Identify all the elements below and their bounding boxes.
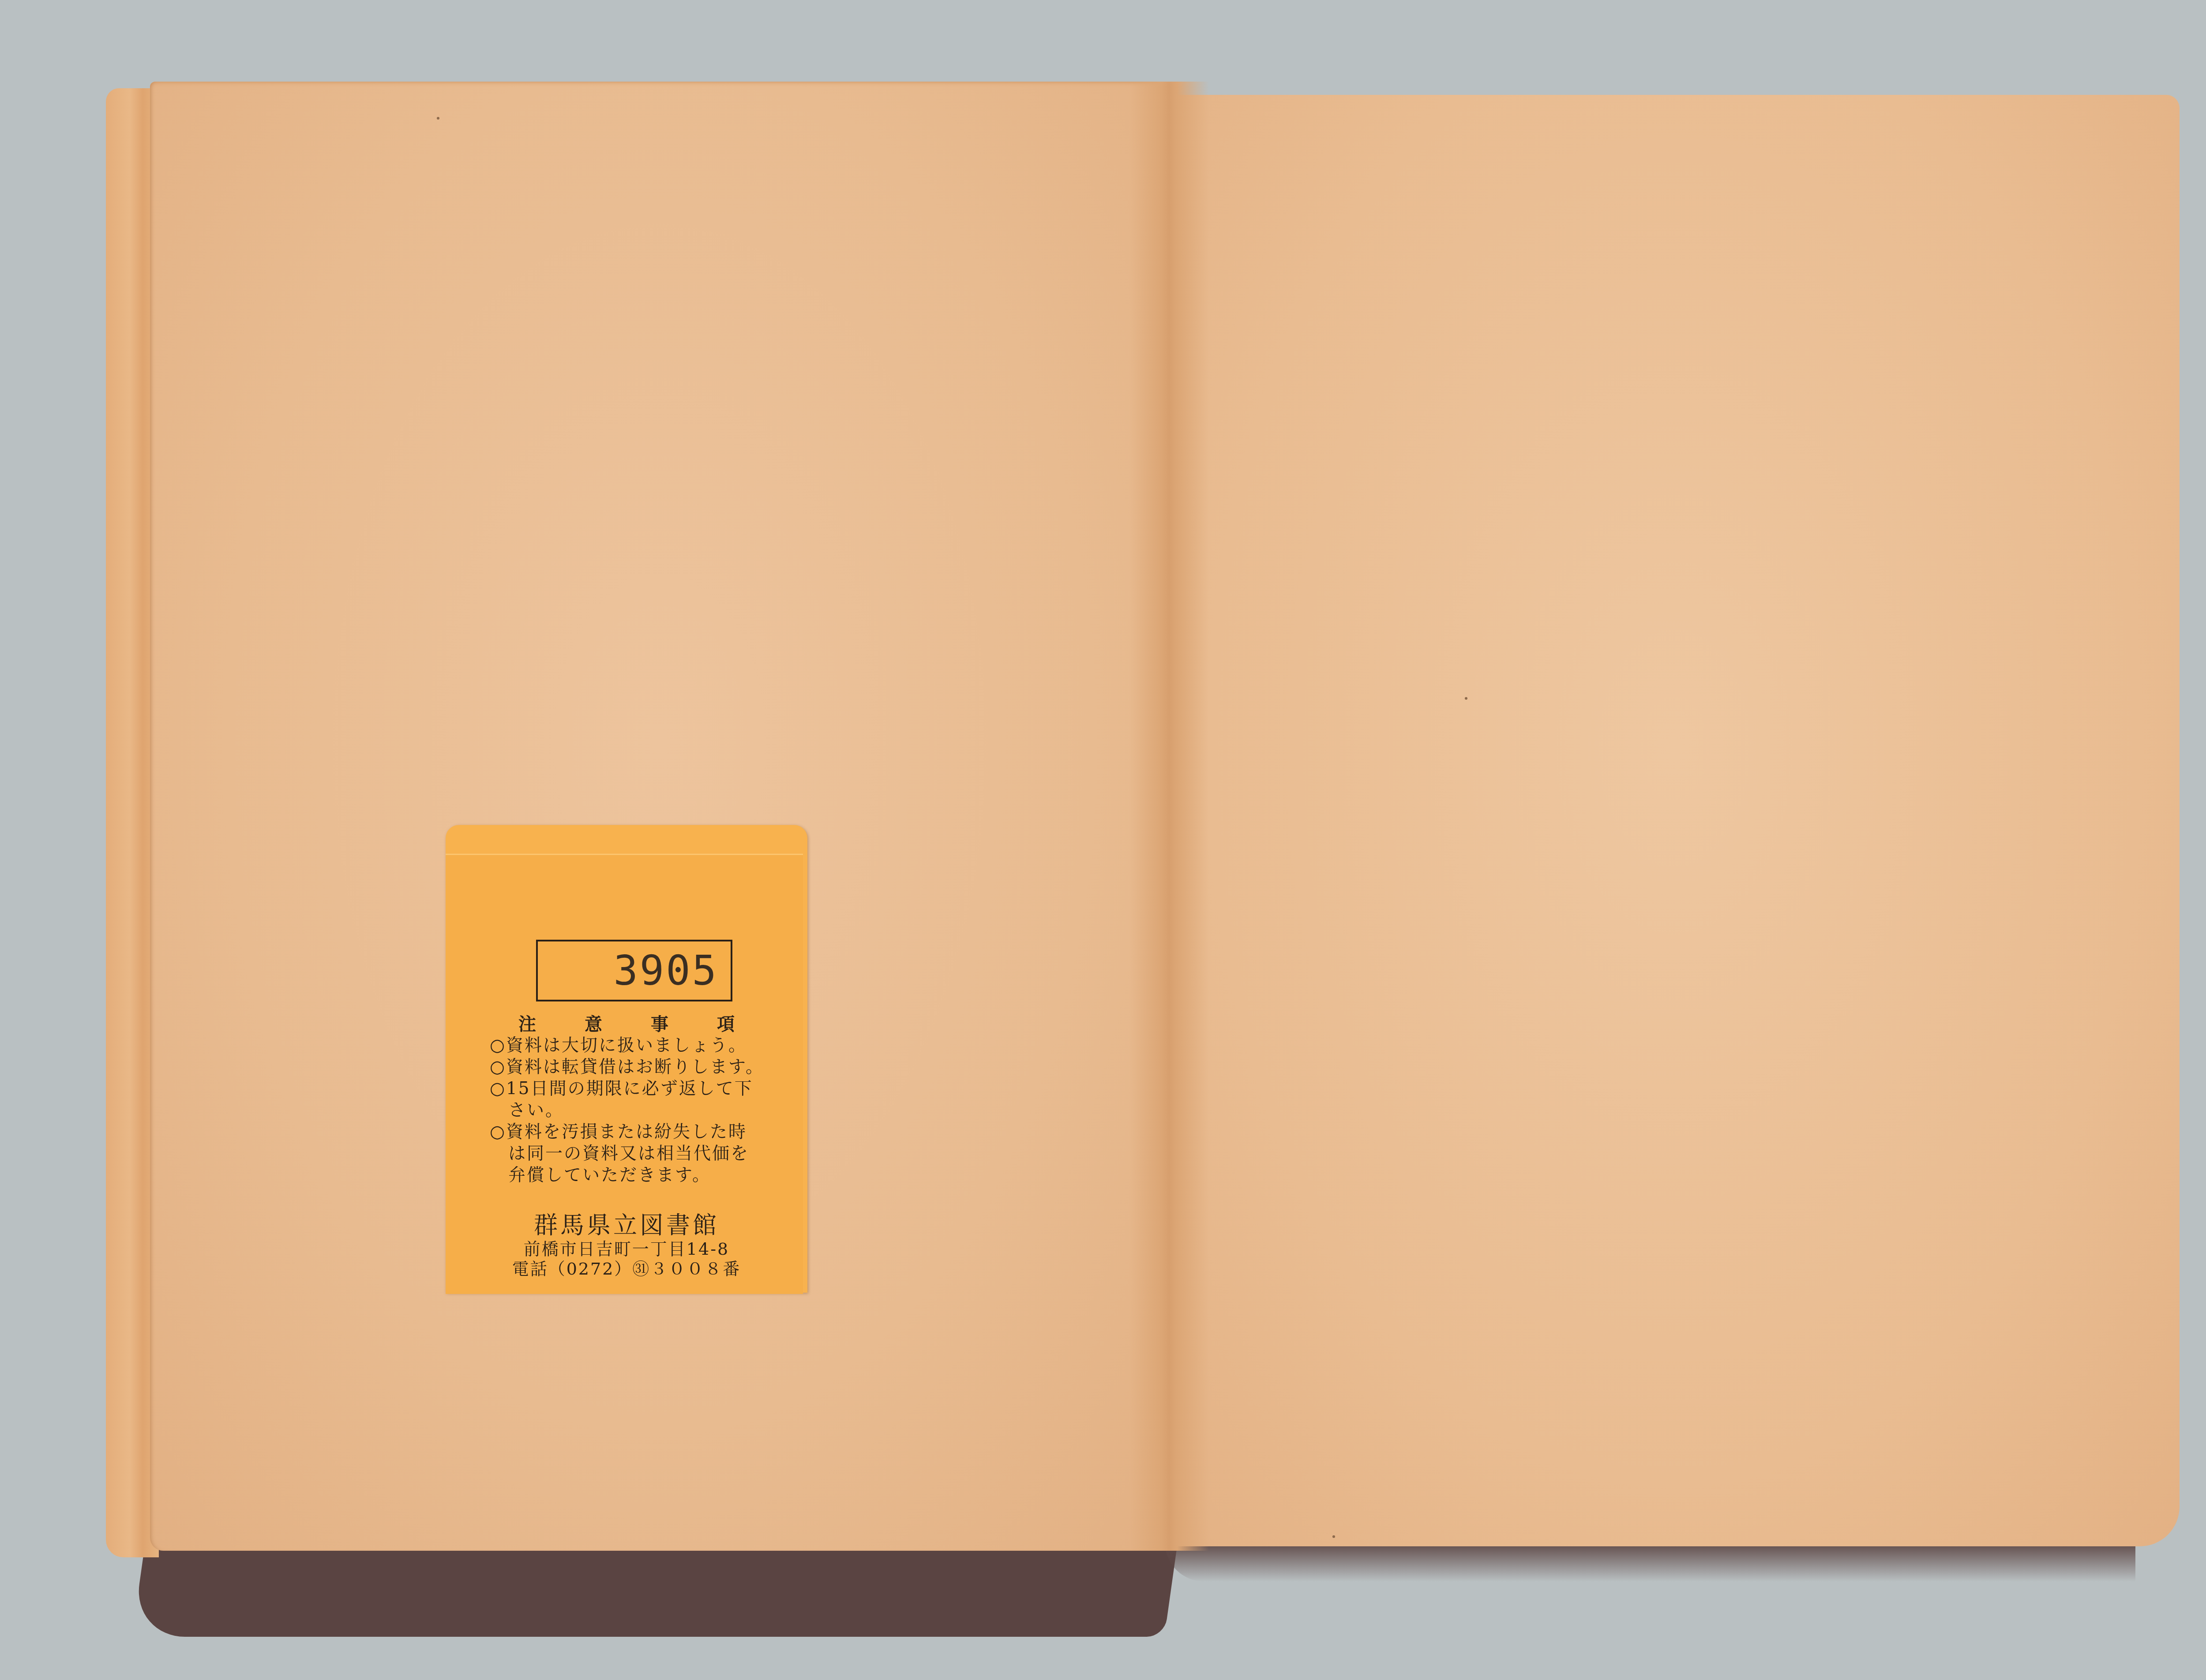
notice-list: ○資料は大切に扱いましょう。 ○資料は転貸借はお断りします。 ○15日間の期限に…	[490, 1035, 807, 1186]
call-number-box: 3905	[536, 940, 732, 1001]
call-number: 3905	[613, 947, 718, 994]
left-page	[150, 82, 1169, 1551]
book-shadow-right	[1165, 1542, 2135, 1582]
paper-speck	[437, 117, 439, 120]
notice-title: 注 意 事 項	[450, 1010, 803, 1035]
book-gutter	[1129, 82, 1209, 1551]
notice-line: ○資料は転貸借はお断りします。	[490, 1056, 807, 1078]
paper-speck	[1332, 1535, 1335, 1538]
notice-line: ○15日間の期限に必ず返して下	[490, 1078, 807, 1099]
paper-speck	[1465, 697, 1467, 700]
notice-line: さい。	[490, 1099, 807, 1121]
right-page	[1169, 95, 2180, 1546]
notice-line: ○資料を汚損または紛失した時	[490, 1121, 807, 1143]
book-shadow-left	[132, 1540, 1178, 1637]
notice-line: は同一の資料又は相当代価を	[490, 1143, 807, 1164]
library-phone: 電話（0272）㉛３００８番	[450, 1255, 803, 1279]
notice-line: 弁償していただきます。	[490, 1164, 807, 1186]
notice-line: ○資料は大切に扱いましょう。	[490, 1035, 807, 1056]
